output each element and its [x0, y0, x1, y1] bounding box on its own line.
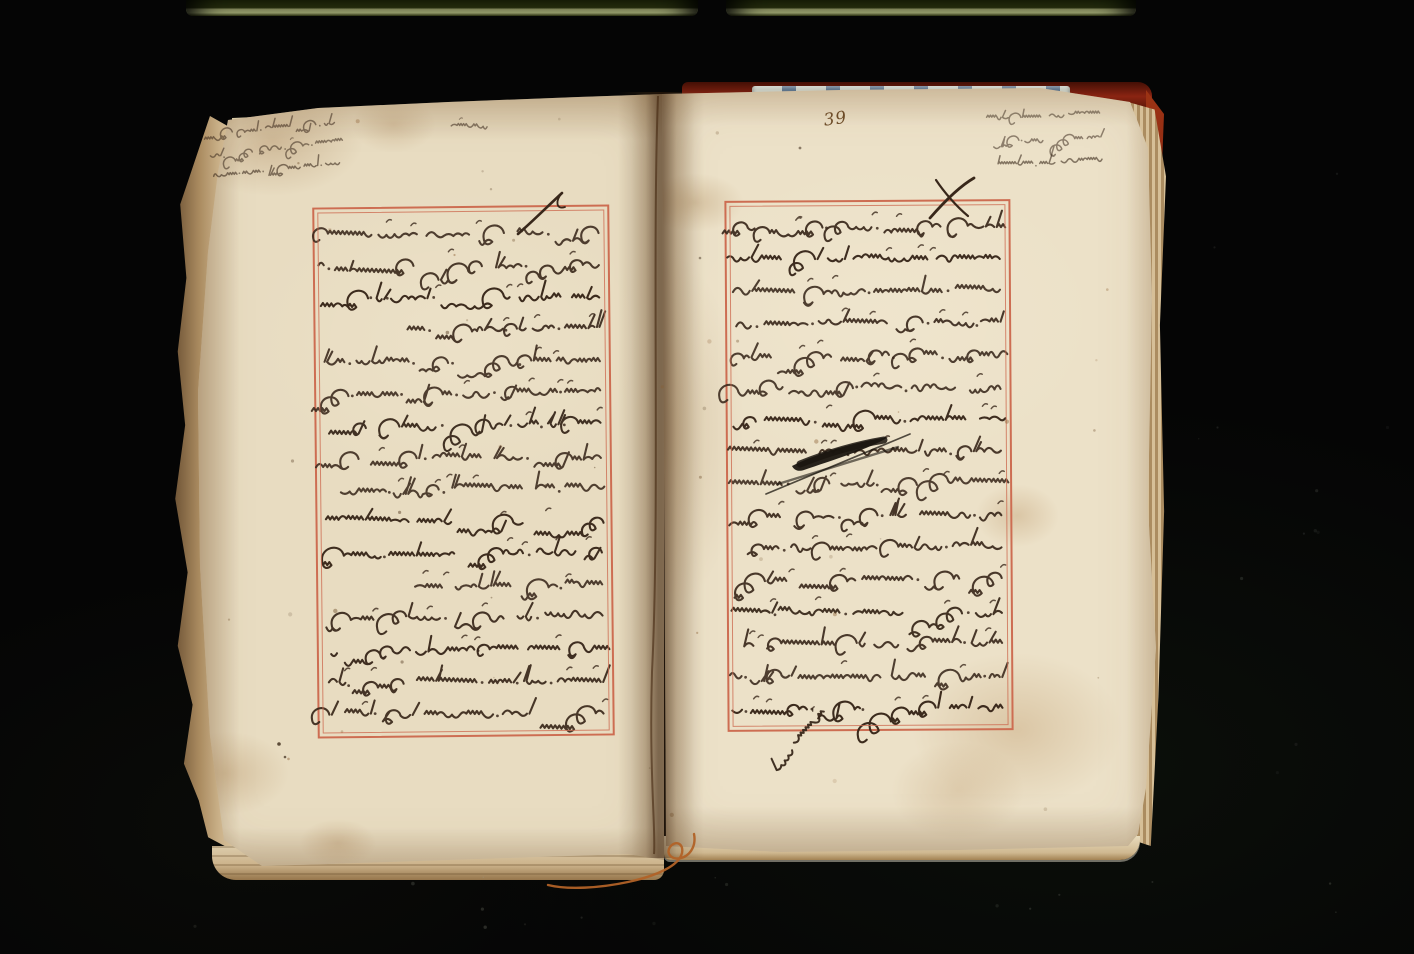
dust-specks	[0, 0, 1414, 954]
photo-scene: 39	[0, 0, 1414, 954]
